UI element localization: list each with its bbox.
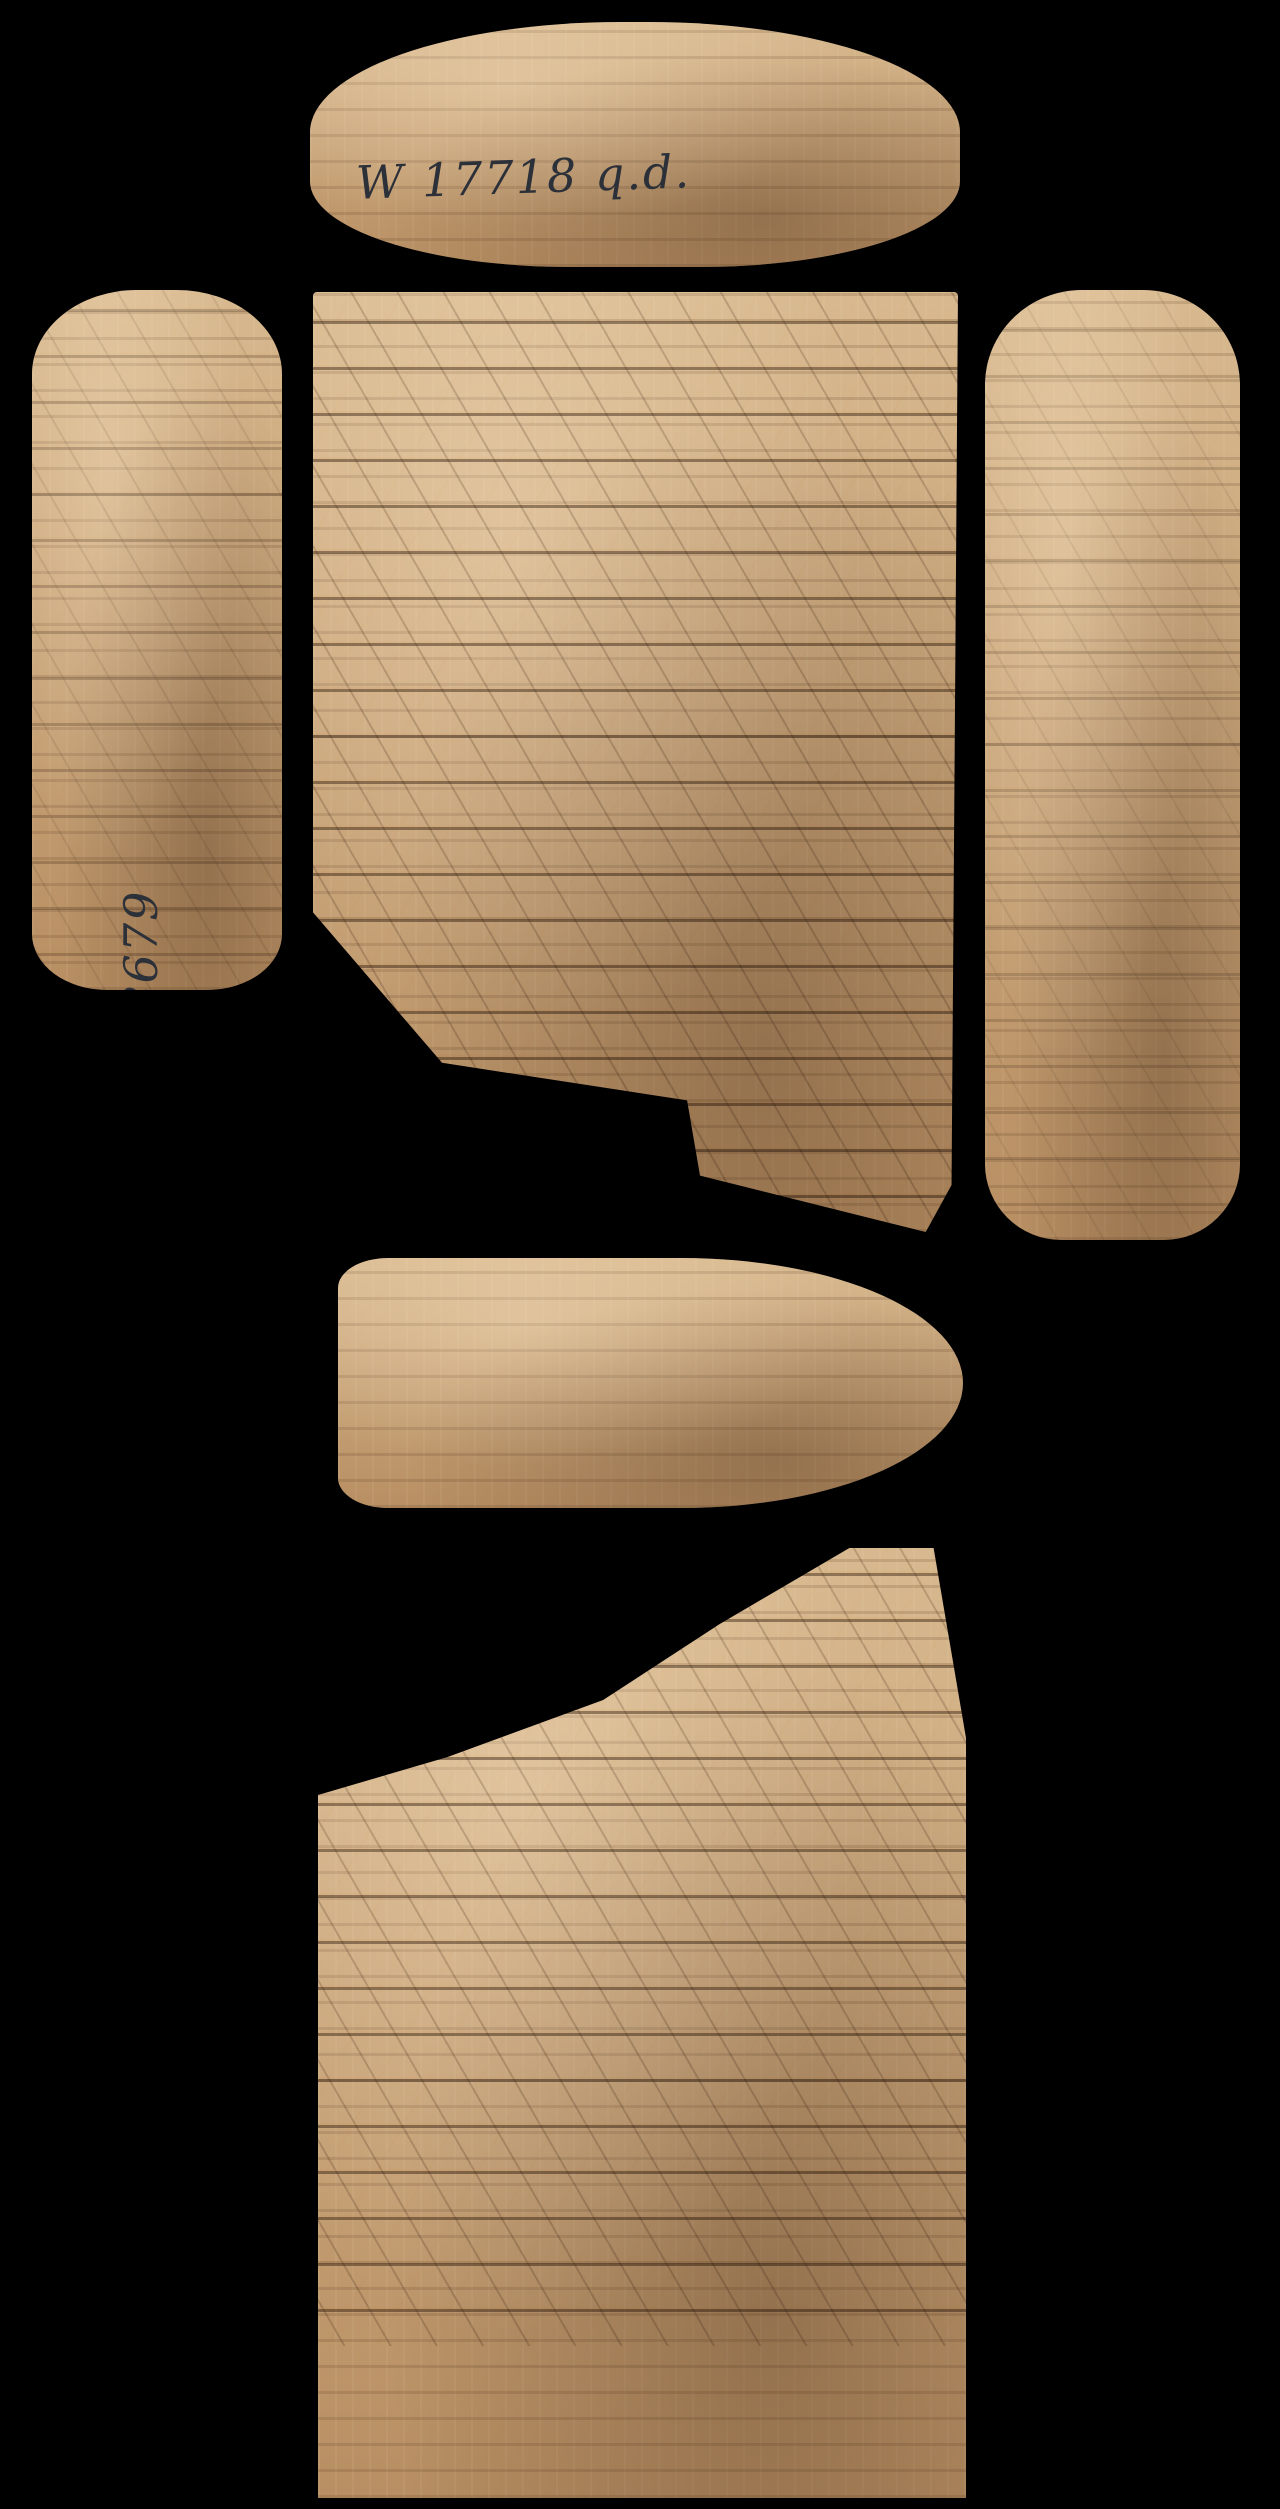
cuneiform-wedges bbox=[985, 290, 1240, 1240]
cuneiform-text-lines bbox=[313, 292, 958, 1232]
tablet-right-edge bbox=[985, 290, 1240, 1240]
cuneiform-wedges bbox=[32, 290, 282, 990]
tablet-left-edge: VAT 18679 bbox=[32, 290, 282, 990]
tablet-reverse bbox=[318, 1548, 966, 2498]
clay-surface bbox=[310, 22, 960, 267]
museum-number-label: VAT 18679 bbox=[114, 890, 168, 990]
tablet-bottom-edge bbox=[338, 1258, 963, 1508]
tablet-obverse bbox=[313, 292, 958, 1232]
cuneiform-text-lines bbox=[318, 1548, 966, 2346]
clay-surface bbox=[338, 1258, 963, 1508]
tablet-top-edge: W 17718 q.d. bbox=[310, 22, 960, 267]
